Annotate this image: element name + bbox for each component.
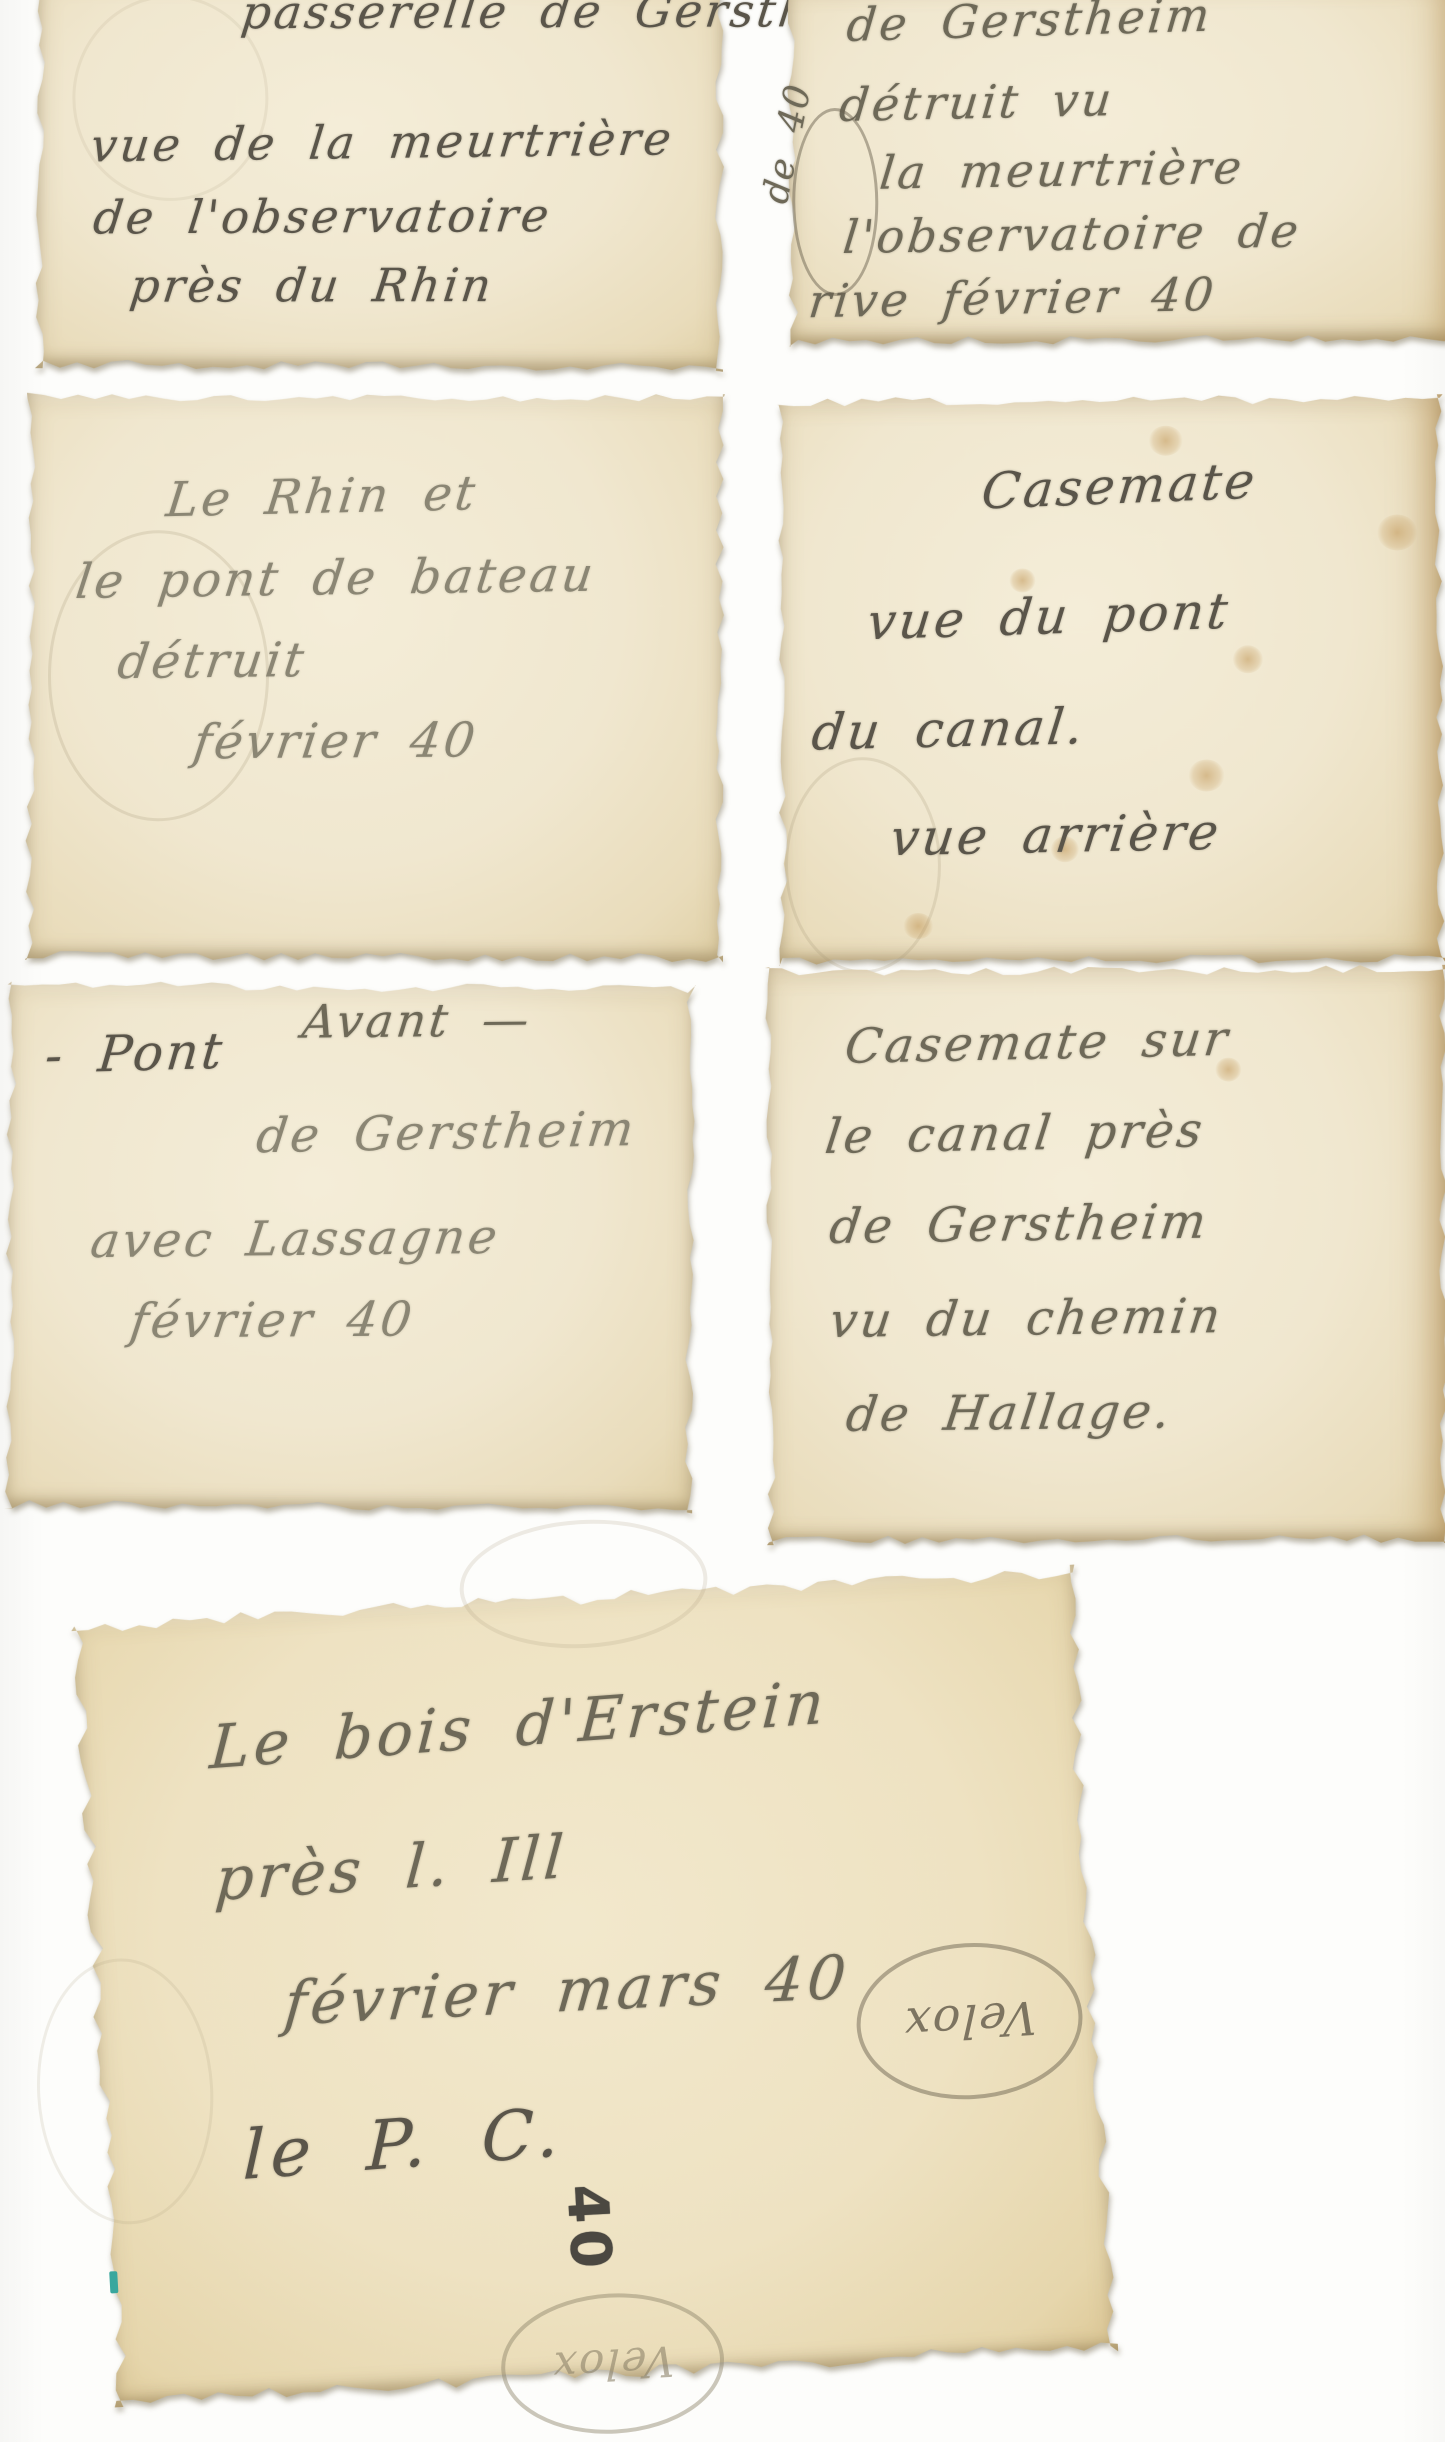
caption-line: avec Lassagne xyxy=(87,1209,503,1269)
velox-stamp-text: Velox xyxy=(550,2336,675,2392)
pencil-oval-text: de 40 xyxy=(755,80,819,206)
caption-line: le canal près xyxy=(822,1102,1208,1165)
photo-back-note-middle-left: Le Rhin et le pont de bateau détruit fév… xyxy=(25,392,725,962)
caption-line: détruit vu xyxy=(837,72,1117,132)
foxing-spot xyxy=(903,913,933,939)
ink-stamp-40: 40 xyxy=(554,2182,624,2275)
caption-line: près du Rhin xyxy=(127,258,497,313)
caption-line: de Gerstheim xyxy=(253,1101,639,1164)
caption-line: la meurtrière xyxy=(877,140,1247,200)
photo-back-note-top-right: de Gerstheim détruit vu la meurtrière l'… xyxy=(787,0,1445,346)
caption-line: vue arrière xyxy=(887,803,1224,867)
photo-back-note-top-left: passerelle de Gerstheim vue de la meurtr… xyxy=(35,0,725,372)
foxing-spot xyxy=(1188,759,1224,791)
caption-line: vue de la meurtrière xyxy=(88,111,677,172)
scanned-photo-backs: passerelle de Gerstheim vue de la meurtr… xyxy=(0,0,1445,2442)
caption-line: rive février 40 xyxy=(806,267,1219,328)
caption-line: - Pont xyxy=(43,1022,228,1085)
photo-back-note-bottom: Le bois d'Erstein près l. Ill février ma… xyxy=(71,1565,1118,2408)
foxing-spot xyxy=(1149,426,1183,456)
caption-line: Casemate sur xyxy=(842,1011,1234,1075)
caption-line: de Gerstheim xyxy=(826,1194,1212,1255)
caption-line: détruit xyxy=(114,632,310,690)
pencil-oval-mark: de 40 xyxy=(792,108,879,297)
caption-line: Casemate xyxy=(979,452,1260,521)
caption-line: l'observatoire de xyxy=(841,204,1304,264)
caption-line: le pont de bateau xyxy=(73,547,599,610)
photo-back-note-lower-left: Avant — - Pont de Gerstheim avec Lassagn… xyxy=(4,981,696,1514)
caption-line: Avant — xyxy=(300,992,535,1048)
foxing-spot xyxy=(1233,645,1263,673)
caption-line: février 40 xyxy=(127,1292,418,1350)
caption-line: de l'observatoire xyxy=(91,188,555,244)
photo-back-note-middle-right: Casemate vue du pont du canal. vue arriè… xyxy=(777,394,1445,965)
foxing-spot xyxy=(1377,514,1417,550)
caption-line: Le Rhin et xyxy=(163,465,480,528)
velox-stamp-text: Velox xyxy=(902,1990,1038,2052)
teal-fleck xyxy=(109,2271,118,2293)
caption-line: de Hallage. xyxy=(843,1383,1176,1442)
caption-line: vue du pont xyxy=(865,582,1234,651)
caption-line: février 40 xyxy=(190,712,481,770)
photo-back-note-lower-right: Casemate sur le canal près de Gerstheim … xyxy=(765,965,1445,1545)
caption-line: vu du chemin xyxy=(827,1288,1227,1349)
caption-line: du canal. xyxy=(809,697,1089,761)
